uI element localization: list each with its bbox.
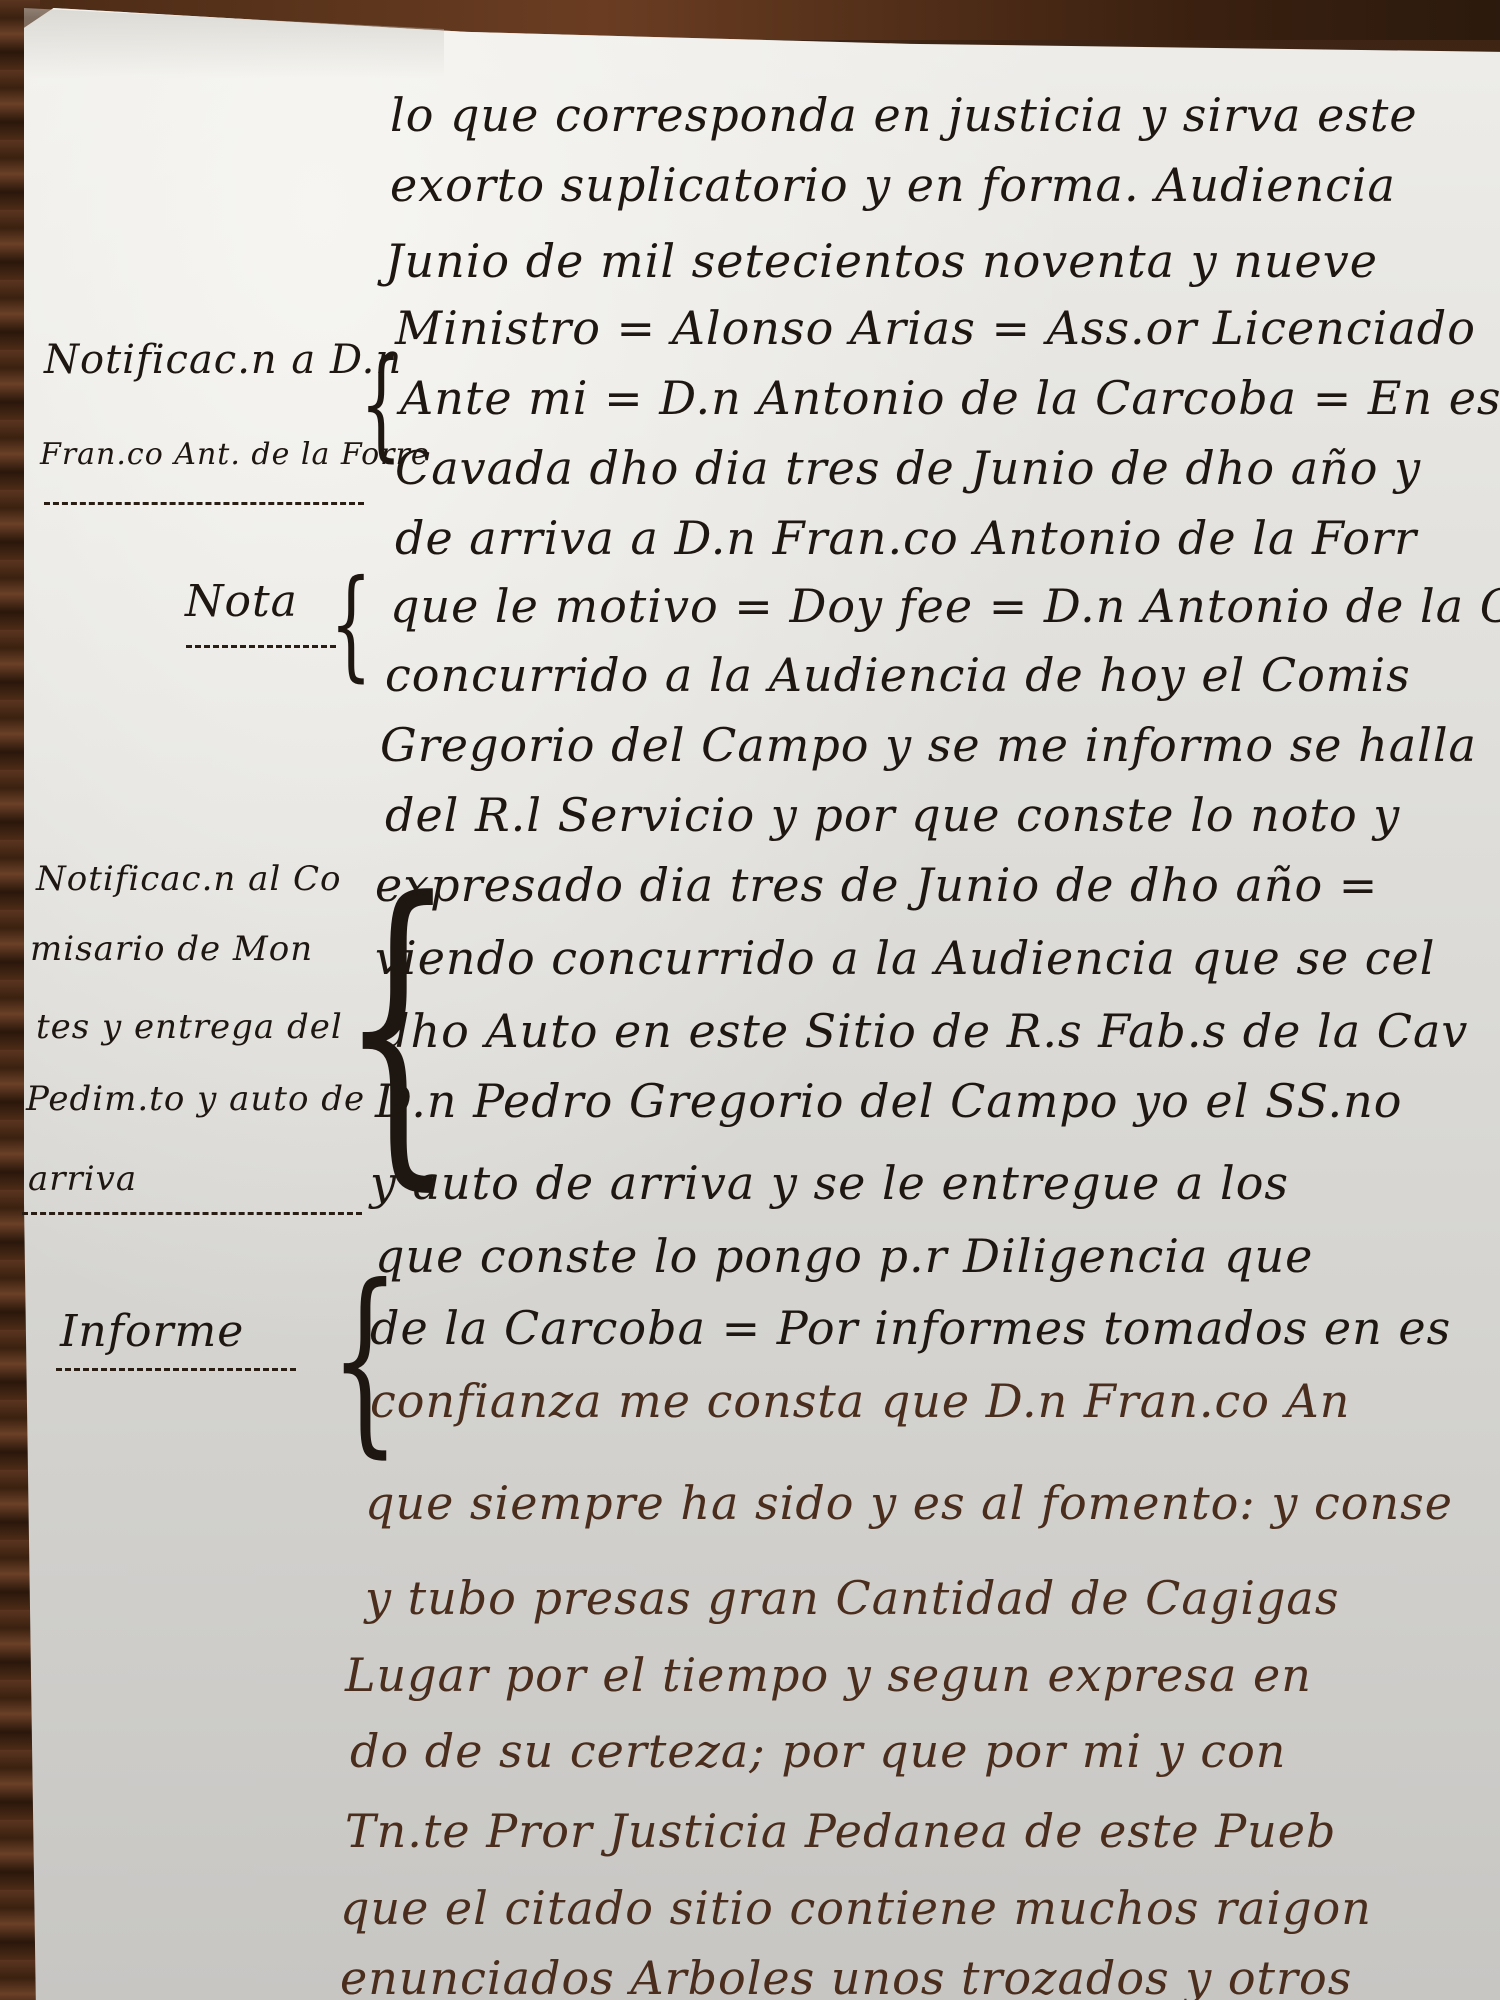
margin-note-nota: Nota [185,580,298,624]
margin-note-comisario-line5: arriva [28,1162,137,1196]
body-line: Lugar por el tiempo y segun expresa en [345,1652,1312,1698]
margin-note-underline [56,1368,296,1371]
body-line: do de su certeza; por que por mi y con [350,1728,1286,1774]
brace-informe: { [330,1260,400,1460]
body-line: lo que corresponda en justicia y sirva e… [390,92,1418,138]
body-line: que le motivo = Doy fee = D.n Antonio de… [390,583,1500,629]
body-line: que siempre ha sido y es al fomento: y c… [365,1480,1453,1526]
margin-note-underline [44,502,364,505]
body-line: confianza me consta que D.n Fran.co An [370,1378,1350,1424]
body-line: dho Auto en este Sitio de R.s Fab.s de l… [380,1008,1468,1054]
body-line: Cavada dho dia tres de Junio de dho año … [395,445,1421,491]
body-line: Junio de mil setecientos noventa y nueve [385,238,1378,284]
body-line: viendo concurrido a la Audiencia que se … [375,935,1435,981]
body-line: que el citado sitio contiene muchos raig… [340,1885,1372,1931]
body-line: y auto de arriva y se le entregue a los [370,1160,1289,1206]
margin-note-underline [186,645,336,648]
body-line: D.n Pedro Gregorio del Campo yo el SS.no [375,1078,1402,1124]
margin-note-comisario-line1: Notificac.n al Co [36,862,342,896]
body-line: que conste lo pongo p.r Diligencia que [375,1233,1313,1279]
margin-note-notificacion-line1: Notificac.n a D.n [44,340,402,380]
body-line: Ante mi = D.n Antonio de la Carcoba = En… [400,375,1500,421]
body-line: Ministro = Alonso Arias = Ass.or Licenci… [395,305,1476,351]
brace-nota: { [330,565,372,685]
body-line: exorto suplicatorio y en forma. Audienci… [390,162,1396,208]
body-line: expresado dia tres de Junio de dho año = [375,862,1378,908]
margin-note-comisario-line2: misario de Mon [30,932,313,966]
body-line: Tn.te Pror Justicia Pedanea de este Pueb [345,1808,1336,1854]
body-line: de la Carcoba = Por informes tomados en … [370,1305,1451,1351]
margin-note-comisario-line3: tes y entrega del [36,1010,343,1044]
body-line: y tubo presas gran Cantidad de Cagigas [365,1575,1339,1621]
margin-note-informe: Informe [60,1310,244,1354]
body-line: del R.l Servicio y por que conste lo not… [385,792,1400,838]
body-line: concurrido a la Audiencia de hoy el Comi… [385,652,1411,698]
body-line: enunciados Arboles unos trozados y otros [340,1955,1352,2000]
margin-note-underline [22,1212,362,1215]
body-line: de arriva a D.n Fran.co Antonio de la Fo… [395,515,1417,561]
body-line: Gregorio del Campo y se me informo se ha… [380,722,1477,768]
margin-note-comisario-line4: Pedim.to y auto de [26,1082,365,1116]
